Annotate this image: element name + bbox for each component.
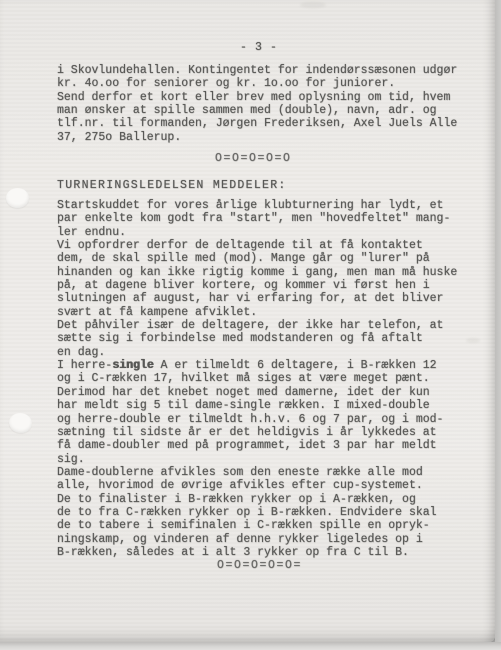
text-line: slutningen af august, har vi erfaring fo… [57, 292, 457, 305]
text-line: 37, 275o Ballerup. [57, 131, 457, 144]
text-line: kr. 4o.oo for seniorer og kr. 1o.oo for … [57, 77, 457, 90]
text-line: B-rækken, således at i alt 3 rykker op f… [57, 546, 457, 559]
section-heading: TURNERINGSLEDELSEN MEDDELER: [57, 179, 287, 192]
text-line: alle, hvorimod de øvrige afvikles efter … [57, 479, 457, 492]
text-line: De to finalister i B-rækken rykker op i … [57, 493, 457, 506]
paper-bottom-edge [0, 642, 501, 650]
intro-paragraph: i Skovlundehallen. Kontingentet for inde… [57, 64, 457, 144]
text-line: Dame-doublerne afvikles som den eneste r… [57, 466, 457, 479]
text-line: og herre-double er tilmeldt h.h.v. 6 og … [57, 413, 457, 426]
page-number: - 3 - [240, 41, 278, 54]
scanned-document-screenshot: { "document": { "page_number": "- 3 -", … [0, 0, 501, 650]
text-line: svært at få kampene afviklet. [57, 306, 457, 319]
scan-smudge [300, 2, 326, 8]
text-line: sig. [57, 453, 457, 466]
text-line: de to tabere i semifinalen i C-rækken sp… [57, 519, 457, 532]
divider-top: O=O=O=O=O [215, 152, 292, 165]
text-line: Startskuddet for vores årlige klubturner… [57, 199, 457, 212]
text-line: har meldt sig 5 til dame-single rækken. … [57, 399, 457, 412]
text-line: par enkelte kom godt fra "start", men "h… [57, 212, 457, 225]
text-line: dem, de skal spille med (mod). Mange går… [57, 252, 457, 265]
text-line: hinanden og kan ikke rigtig komme i gang… [57, 266, 457, 279]
text-line: sætte sig i forbindelse med modstanderen… [57, 332, 457, 345]
divider-bottom: O=O=O=O=O= [217, 559, 302, 572]
body-paragraph: Startskuddet for vores årlige klubturner… [57, 199, 457, 559]
text-line: Det påhviler især de deltagere, der ikke… [57, 319, 457, 332]
text-line: sætning til sidste år er det heldigvis i… [57, 426, 457, 439]
text-line: ningskamp, og vinderen af denne rykker l… [57, 533, 457, 546]
paper-right-edge [495, 0, 501, 650]
text-line: ler endnu. [57, 226, 457, 239]
text-line: I herre-single A er tilmeldt 6 deltagere… [57, 359, 457, 372]
text-line: de to fra C-rækken rykker op i B-rækken.… [57, 506, 457, 519]
hole-punch-top [6, 188, 29, 208]
text-line: på, at dagene bliver kortere, og kommer … [57, 279, 457, 292]
text-line: Vi opfordrer derfor de deltagende til at… [57, 239, 457, 252]
text-line: få dame-doubler med på programmet, idet … [57, 439, 457, 452]
text-line: tlf.nr. til formanden, Jørgen Frederikse… [57, 117, 457, 130]
scan-smudge [466, 338, 480, 343]
paper-sheet: - 3 - i Skovlundehallen. Kontingentet fo… [0, 0, 495, 642]
text-line: Send derfor et kort eller brev med oplys… [57, 91, 457, 104]
text-line: Derimod har det knebet noget med damerne… [57, 386, 457, 399]
text-line: man ønsker at spille sammen med (double)… [57, 104, 457, 117]
text-line: en dag. [57, 346, 457, 359]
text-line: i Skovlundehallen. Kontingentet for inde… [57, 64, 457, 77]
text-line: og i C-rækken 17, hvilket må siges at væ… [57, 372, 457, 385]
hole-punch-bottom [8, 411, 34, 434]
